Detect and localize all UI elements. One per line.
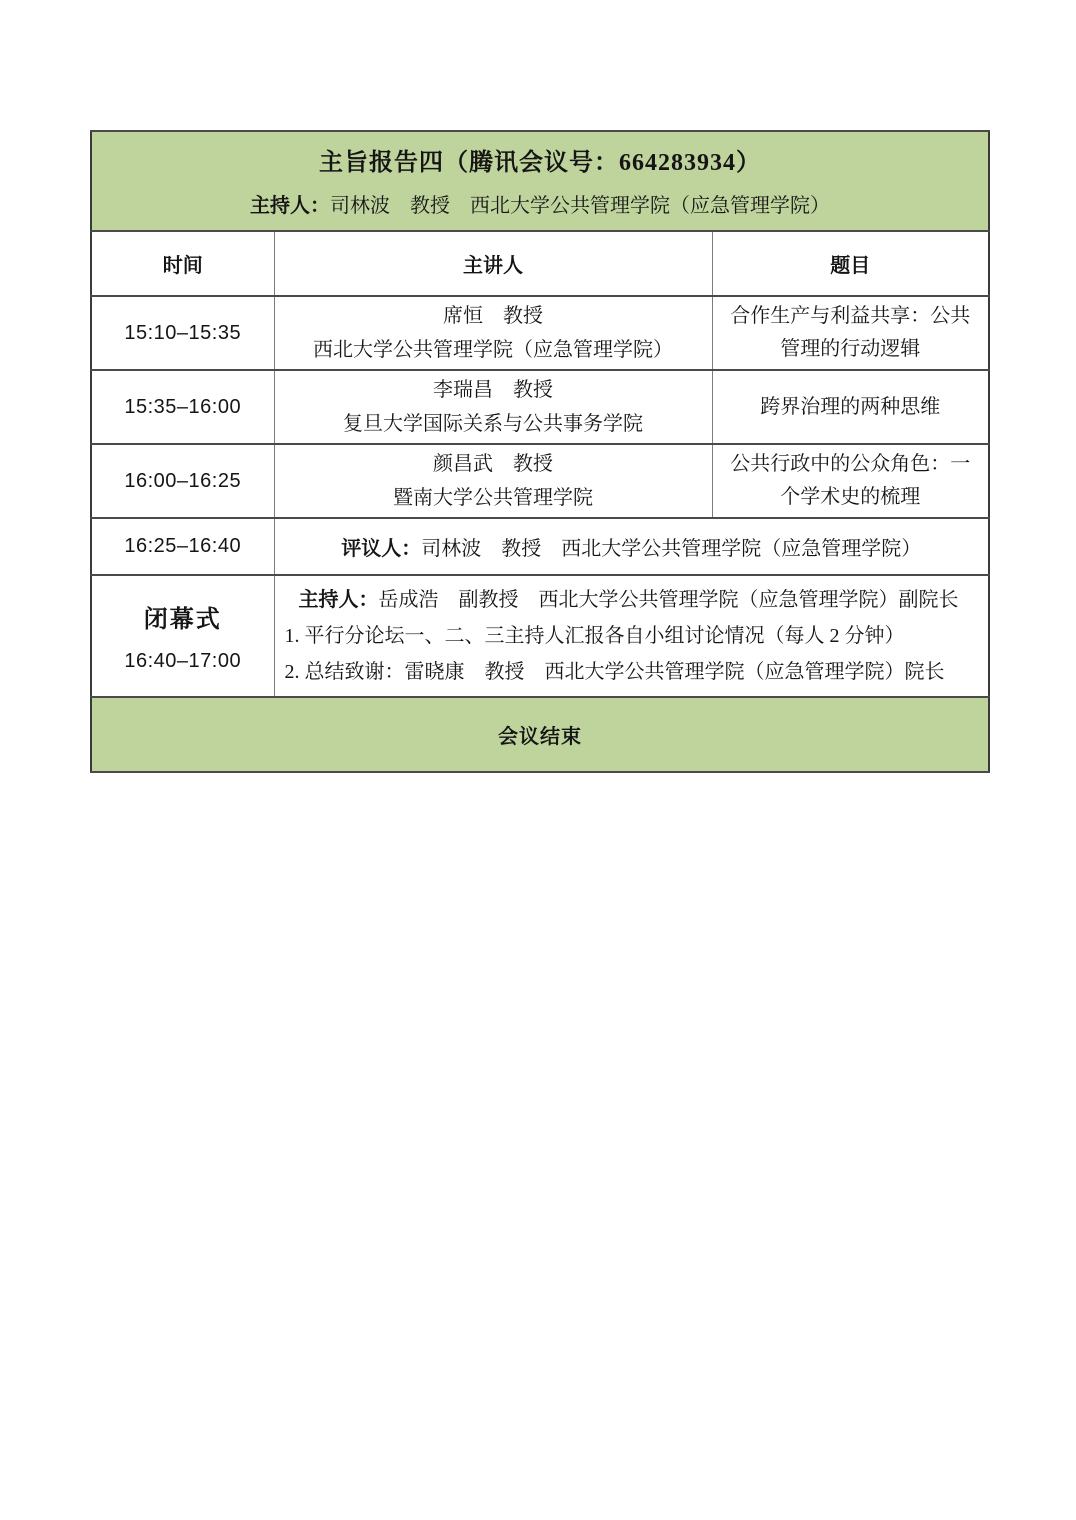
review-time: 16:25–16:40 xyxy=(91,518,274,575)
footer-row: 会议结束 xyxy=(91,697,989,772)
column-header-speaker: 主讲人 xyxy=(274,231,712,296)
talk-topic: 合作生产与利益共享：公共管理的行动逻辑 xyxy=(712,296,989,370)
agenda-table: 主旨报告四（腾讯会议号：664283934） 主持人：司林波 教授 西北大学公共… xyxy=(90,130,990,773)
chair-text: 司林波 教授 西北大学公共管理学院（应急管理学院） xyxy=(330,195,830,217)
talk-time: 15:35–16:00 xyxy=(91,370,274,444)
conference-agenda-table: 主旨报告四（腾讯会议号：664283934） 主持人：司林波 教授 西北大学公共… xyxy=(90,130,988,773)
column-header-topic: 题目 xyxy=(712,231,989,296)
speaker-name: 颜昌武 教授 xyxy=(283,448,704,481)
speaker-affiliation: 西北大学公共管理学院（应急管理学院） xyxy=(283,334,704,367)
session-header-cell: 主旨报告四（腾讯会议号：664283934） 主持人：司林波 教授 西北大学公共… xyxy=(91,131,989,231)
closing-title: 闭幕式 xyxy=(92,599,274,634)
speaker-affiliation: 复旦大学国际关系与公共事务学院 xyxy=(283,408,704,441)
talk-speaker: 席恒 教授 西北大学公共管理学院（应急管理学院） xyxy=(274,296,712,370)
talk-time: 16:00–16:25 xyxy=(91,444,274,518)
speaker-name: 李瑞昌 教授 xyxy=(283,374,704,407)
review-cell: 评议人：司林波 教授 西北大学公共管理学院（应急管理学院） xyxy=(274,518,989,575)
closing-item-1: 1. 平行分论坛一、二、三主持人汇报各自小组讨论情况（每人 2 分钟） xyxy=(285,618,983,654)
closing-time-cell: 闭幕式 16:40–17:00 xyxy=(91,575,274,697)
speaker-affiliation: 暨南大学公共管理学院 xyxy=(283,482,704,515)
closing-detail-cell: 主持人：岳成浩 副教授 西北大学公共管理学院（应急管理学院）副院长 1. 平行分… xyxy=(274,575,989,697)
table-row: 15:35–16:00 李瑞昌 教授 复旦大学国际关系与公共事务学院 跨界治理的… xyxy=(91,370,989,444)
speaker-name: 席恒 教授 xyxy=(283,300,704,333)
talk-time: 15:10–15:35 xyxy=(91,296,274,370)
meeting-end-banner: 会议结束 xyxy=(91,697,989,772)
talk-topic: 跨界治理的两种思维 xyxy=(712,370,989,444)
review-row: 16:25–16:40 评议人：司林波 教授 西北大学公共管理学院（应急管理学院… xyxy=(91,518,989,575)
closing-host-line: 主持人：岳成浩 副教授 西北大学公共管理学院（应急管理学院）副院长 xyxy=(285,582,983,618)
review-text: 司林波 教授 西北大学公共管理学院（应急管理学院） xyxy=(421,538,921,560)
column-header-row: 时间 主讲人 题目 xyxy=(91,231,989,296)
closing-row: 闭幕式 16:40–17:00 主持人：岳成浩 副教授 西北大学公共管理学院（应… xyxy=(91,575,989,697)
closing-host-text: 岳成浩 副教授 西北大学公共管理学院（应急管理学院）副院长 xyxy=(379,589,959,611)
session-header-row: 主旨报告四（腾讯会议号：664283934） 主持人：司林波 教授 西北大学公共… xyxy=(91,131,989,231)
table-row: 16:00–16:25 颜昌武 教授 暨南大学公共管理学院 公共行政中的公众角色… xyxy=(91,444,989,518)
column-header-time: 时间 xyxy=(91,231,274,296)
talk-speaker: 李瑞昌 教授 复旦大学国际关系与公共事务学院 xyxy=(274,370,712,444)
closing-item-2: 2. 总结致谢：雷晓康 教授 西北大学公共管理学院（应急管理学院）院长 xyxy=(285,654,983,690)
closing-time: 16:40–17:00 xyxy=(92,650,274,673)
session-title: 主旨报告四（腾讯会议号：664283934） xyxy=(100,142,980,177)
table-row: 15:10–15:35 席恒 教授 西北大学公共管理学院（应急管理学院） 合作生… xyxy=(91,296,989,370)
closing-host-label: 主持人： xyxy=(299,589,379,611)
talk-speaker: 颜昌武 教授 暨南大学公共管理学院 xyxy=(274,444,712,518)
talk-topic: 公共行政中的公众角色：一个学术史的梳理 xyxy=(712,444,989,518)
session-chair-line: 主持人：司林波 教授 西北大学公共管理学院（应急管理学院） xyxy=(100,189,980,218)
chair-label: 主持人： xyxy=(250,195,330,217)
review-label: 评议人： xyxy=(341,538,421,560)
